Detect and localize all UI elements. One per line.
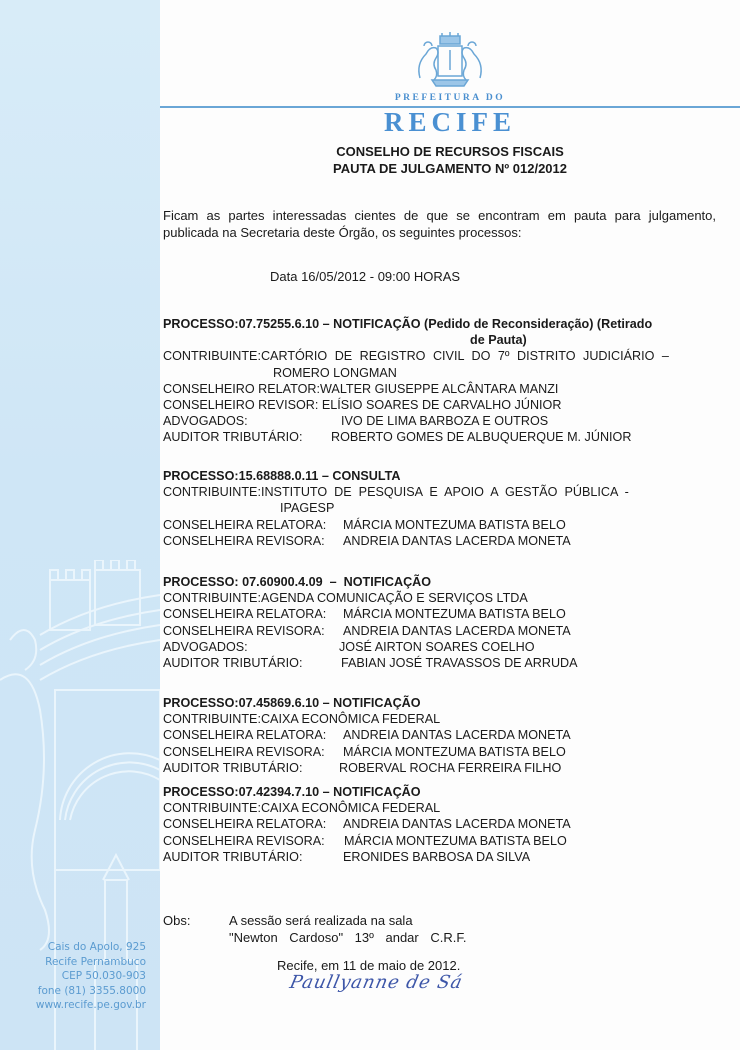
row-label: CONTRIBUINTE: bbox=[163, 800, 261, 816]
signature: Paullyanne de Sá bbox=[288, 972, 465, 993]
city-coat-of-arms-icon bbox=[414, 32, 486, 88]
process-row: ROMERO LONGMAN bbox=[163, 365, 723, 381]
process-entry: PROCESSO:07.42394.7.10 – NOTIFICAÇÃO CON… bbox=[163, 784, 723, 865]
process-entry: PROCESSO:07.75255.6.10 – NOTIFICAÇÃO (Pe… bbox=[163, 316, 723, 446]
row-label: CONSELHEIRA RELATORA: bbox=[163, 816, 343, 832]
row-value: ROBERVAL ROCHA FERREIRA FILHO bbox=[339, 760, 561, 776]
row-value: ANDREIA DANTAS LACERDA MONETA bbox=[343, 727, 571, 743]
process-row: CONTRIBUINTE:CARTÓRIO DE REGISTRO CIVIL … bbox=[163, 348, 723, 364]
row-value: JOSÉ AIRTON SOARES COELHO bbox=[339, 639, 535, 655]
process-entry: PROCESSO: 07.60900.4.09 – NOTIFICAÇÃO CO… bbox=[163, 574, 723, 671]
row-label: CONSELHEIRA REVISORA: bbox=[163, 533, 343, 549]
title-line-1: CONSELHO DE RECURSOS FISCAIS bbox=[160, 143, 740, 160]
row-label: CONSELHEIRA REVISORA: bbox=[163, 833, 344, 849]
process-row: CONSELHEIRO RELATOR:WALTER GIUSEPPE ALCÂ… bbox=[163, 381, 723, 397]
row-value: MÁRCIA MONTEZUMA BATISTA BELO bbox=[343, 517, 566, 533]
row-value: ERONIDES BARBOSA DA SILVA bbox=[343, 849, 530, 865]
address-phone: fone (81) 3355.8000 bbox=[36, 984, 146, 999]
row-label: ADVOGADOS: bbox=[163, 413, 341, 429]
letterhead-sidebar: Cais do Apolo, 925 Recife Pernambuco CEP… bbox=[0, 0, 160, 1050]
process-row: CONTRIBUINTE:AGENDA COMUNICAÇÃO E SERVIÇ… bbox=[163, 590, 723, 606]
process-row: ADVOGADOS:JOSÉ AIRTON SOARES COELHO bbox=[163, 639, 723, 655]
intro-paragraph: Ficam as partes interessadas cientes de … bbox=[163, 207, 716, 241]
row-value: MÁRCIA MONTEZUMA BATISTA BELO bbox=[343, 606, 566, 622]
process-row: CONSELHEIRA REVISORA:MÁRCIA MONTEZUMA BA… bbox=[163, 833, 723, 849]
row-value: ANDREIA DANTAS LACERDA MONETA bbox=[343, 623, 571, 639]
address-street: Cais do Apolo, 925 bbox=[36, 940, 146, 955]
row-value: ANDREIA DANTAS LACERDA MONETA bbox=[343, 816, 571, 832]
obs-line-1: A sessão será realizada na sala bbox=[229, 912, 413, 929]
process-row: CONTRIBUINTE:CAIXA ECONÔMICA FEDERAL bbox=[163, 711, 723, 727]
process-title: PROCESSO:07.42394.7.10 – NOTIFICAÇÃO bbox=[163, 784, 723, 800]
process-row: CONTRIBUINTE:INSTITUTO DE PESQUISA E APO… bbox=[163, 484, 723, 500]
institution-large: RECIFE bbox=[160, 107, 740, 137]
process-row: AUDITOR TRIBUTÁRIO:ROBERVAL ROCHA FERREI… bbox=[163, 760, 723, 776]
place-date: Recife, em 11 de maio de 2012. bbox=[277, 958, 460, 973]
row-label: CONSELHEIRA RELATORA: bbox=[163, 606, 343, 622]
process-row: CONSELHEIRA REVISORA:ANDREIA DANTAS LACE… bbox=[163, 533, 723, 549]
row-value: WALTER GIUSEPPE ALCÂNTARA MANZI bbox=[320, 381, 558, 397]
row-label: CONSELHEIRO REVISOR: bbox=[163, 397, 318, 413]
row-value: CAIXA ECONÔMICA FEDERAL bbox=[261, 800, 440, 816]
row-label: AUDITOR TRIBUTÁRIO: bbox=[163, 760, 339, 776]
address-city: Recife Pernambuco bbox=[36, 955, 146, 970]
title-line-2: PAUTA DE JULGAMENTO Nº 012/2012 bbox=[160, 160, 740, 177]
session-date: Data 16/05/2012 - 09:00 HORAS bbox=[270, 269, 460, 284]
process-row: CONSELHEIRA RELATORA:MÁRCIA MONTEZUMA BA… bbox=[163, 606, 723, 622]
row-label: CONTRIBUINTE: bbox=[163, 484, 261, 500]
row-value: INSTITUTO DE PESQUISA E APOIO A GESTÃO P… bbox=[261, 484, 629, 500]
row-label: CONSELHEIRA REVISORA: bbox=[163, 623, 343, 639]
process-row: ADVOGADOS:IVO DE LIMA BARBOZA E OUTROS bbox=[163, 413, 723, 429]
row-value: ELÍSIO SOARES DE CARVALHO JÚNIOR bbox=[318, 397, 561, 413]
row-label: AUDITOR TRIBUTÁRIO: bbox=[163, 849, 343, 865]
process-row: CONSELHEIRA RELATORA:ANDREIA DANTAS LACE… bbox=[163, 816, 723, 832]
process-entry: PROCESSO:15.68888.0.11 – CONSULTA CONTRI… bbox=[163, 468, 723, 549]
obs-line-2: "Newton Cardoso" 13º andar C.R.F. bbox=[229, 929, 466, 946]
process-title: PROCESSO:07.75255.6.10 – NOTIFICAÇÃO (Pe… bbox=[163, 316, 723, 332]
row-value: MÁRCIA MONTEZUMA BATISTA BELO bbox=[343, 744, 566, 760]
process-row: AUDITOR TRIBUTÁRIO:ERONIDES BARBOSA DA S… bbox=[163, 849, 723, 865]
row-value: IVO DE LIMA BARBOZA E OUTROS bbox=[341, 413, 548, 429]
row-label: CONSELHEIRA REVISORA: bbox=[163, 744, 343, 760]
process-row: CONSELHEIRO REVISOR: ELÍSIO SOARES DE CA… bbox=[163, 397, 723, 413]
row-label: CONSELHEIRO RELATOR: bbox=[163, 381, 320, 397]
process-entry: PROCESSO:07.45869.6.10 – NOTIFICAÇÃO CON… bbox=[163, 695, 723, 776]
row-label: AUDITOR TRIBUTÁRIO: bbox=[163, 655, 341, 671]
row-label: AUDITOR TRIBUTÁRIO: bbox=[163, 429, 331, 445]
row-value: MÁRCIA MONTEZUMA BATISTA BELO bbox=[344, 833, 567, 849]
process-title-cont: de Pauta) bbox=[163, 332, 723, 348]
process-title: PROCESSO:07.45869.6.10 – NOTIFICAÇÃO bbox=[163, 695, 723, 711]
address-cep: CEP 50.030-903 bbox=[36, 969, 146, 984]
institution-small: PREFEITURA DO bbox=[160, 93, 740, 103]
process-row: AUDITOR TRIBUTÁRIO:FABIAN JOSÉ TRAVASSOS… bbox=[163, 655, 723, 671]
process-row: AUDITOR TRIBUTÁRIO:ROBERTO GOMES DE ALBU… bbox=[163, 429, 723, 445]
obs-label: Obs: bbox=[163, 912, 190, 929]
row-label: CONTRIBUINTE: bbox=[163, 590, 261, 606]
process-row: CONTRIBUINTE:CAIXA ECONÔMICA FEDERAL bbox=[163, 800, 723, 816]
row-value: AGENDA COMUNICAÇÃO E SERVIÇOS LTDA bbox=[261, 590, 528, 606]
address-website: www.recife.pe.gov.br bbox=[36, 998, 146, 1013]
row-label: ADVOGADOS: bbox=[163, 639, 339, 655]
address-block: Cais do Apolo, 925 Recife Pernambuco CEP… bbox=[36, 940, 146, 1013]
row-value: ROMERO LONGMAN bbox=[273, 365, 397, 381]
process-row: IPAGESP bbox=[163, 500, 723, 516]
row-value: ROBERTO GOMES DE ALBUQUERQUE M. JÚNIOR bbox=[331, 429, 631, 445]
process-row: CONSELHEIRA RELATORA:ANDREIA DANTAS LACE… bbox=[163, 727, 723, 743]
row-value: ANDREIA DANTAS LACERDA MONETA bbox=[343, 533, 571, 549]
row-value: IPAGESP bbox=[280, 500, 334, 516]
row-value: CAIXA ECONÔMICA FEDERAL bbox=[261, 711, 440, 727]
row-label: CONTRIBUINTE: bbox=[163, 711, 261, 727]
document-title: CONSELHO DE RECURSOS FISCAIS PAUTA DE JU… bbox=[160, 143, 740, 177]
row-label: CONTRIBUINTE: bbox=[163, 348, 261, 364]
process-row: CONSELHEIRA RELATORA:MÁRCIA MONTEZUMA BA… bbox=[163, 517, 723, 533]
process-title: PROCESSO:15.68888.0.11 – CONSULTA bbox=[163, 468, 723, 484]
process-row: CONSELHEIRA REVISORA:MÁRCIA MONTEZUMA BA… bbox=[163, 744, 723, 760]
row-value: FABIAN JOSÉ TRAVASSOS DE ARRUDA bbox=[341, 655, 578, 671]
process-row: CONSELHEIRA REVISORA:ANDREIA DANTAS LACE… bbox=[163, 623, 723, 639]
scan-artifact bbox=[575, 850, 585, 920]
row-label: CONSELHEIRA RELATORA: bbox=[163, 727, 343, 743]
row-label: CONSELHEIRA RELATORA: bbox=[163, 517, 343, 533]
row-value: CARTÓRIO DE REGISTRO CIVIL DO 7º DISTRIT… bbox=[261, 348, 669, 364]
process-title: PROCESSO: 07.60900.4.09 – NOTIFICAÇÃO bbox=[163, 574, 723, 590]
